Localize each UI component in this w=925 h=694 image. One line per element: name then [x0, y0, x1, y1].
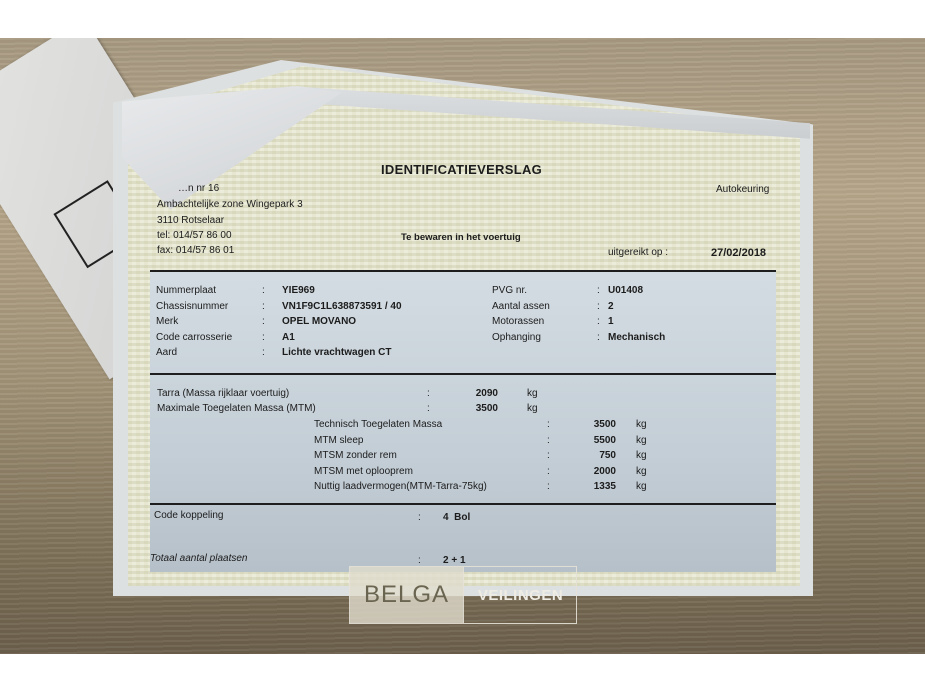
divider [150, 503, 776, 505]
coupling-value: 4 Bol [443, 512, 470, 523]
belga-veilingen-watermark: BELGA VEILINGEN [349, 566, 577, 624]
field-label: Aantal assen [492, 301, 550, 312]
field-label: PVG nr. [492, 285, 527, 296]
field-separator: : [597, 316, 600, 327]
field-value: 5500 [576, 435, 616, 446]
field-label: Chassisnummer [156, 301, 228, 312]
field-separator: : [597, 332, 600, 343]
field-separator: : [547, 466, 550, 477]
field-value: Lichte vrachtwagen CT [282, 347, 391, 358]
field-label: Ophanging [492, 332, 541, 343]
field-separator: : [262, 316, 265, 327]
issuer-line-2: Ambachtelijke zone Wingepark 3 [157, 199, 303, 210]
seats-value: 2 + 1 [443, 555, 466, 566]
vehicle-data-panel [150, 272, 776, 572]
field-value: 3500 [458, 403, 498, 414]
issued-date: 27/02/2018 [711, 247, 766, 259]
field-value: 2 [608, 301, 614, 312]
field-separator: : [262, 332, 265, 343]
coupling-sep: : [418, 512, 421, 523]
field-value: U01408 [608, 285, 643, 296]
field-separator: : [262, 285, 265, 296]
field-value: VN1F9C1L638873591 / 40 [282, 301, 402, 312]
field-separator: : [262, 347, 265, 358]
header-right-label: Autokeuring [716, 184, 769, 195]
field-unit: kg [636, 466, 647, 477]
field-value: 2090 [458, 388, 498, 399]
field-unit: kg [636, 481, 647, 492]
field-value: 1 [608, 316, 614, 327]
field-value: A1 [282, 332, 295, 343]
field-unit: kg [636, 450, 647, 461]
field-separator: : [262, 301, 265, 312]
field-label: MTSM met oplooprem [314, 466, 413, 477]
field-separator: : [597, 301, 600, 312]
divider [150, 373, 776, 375]
field-separator: : [547, 435, 550, 446]
field-value: 750 [576, 450, 616, 461]
field-label: MTSM zonder rem [314, 450, 397, 461]
field-value: 2000 [576, 466, 616, 477]
field-unit: kg [527, 403, 538, 414]
field-value: 3500 [576, 419, 616, 430]
field-separator: : [427, 403, 430, 414]
issued-label: uitgereikt op : [608, 247, 668, 258]
field-value: Mechanisch [608, 332, 665, 343]
field-label: Nuttig laadvermogen(MTM-Tarra-75kg) [314, 481, 487, 492]
field-label: MTM sleep [314, 435, 363, 446]
field-unit: kg [636, 435, 647, 446]
field-separator: : [597, 285, 600, 296]
issuer-line-1: …n nr 16 [178, 183, 219, 194]
seats-label: Totaal aantal plaatsen [150, 553, 248, 564]
issuer-line-3: 3110 Rotselaar [157, 215, 224, 226]
field-unit: kg [636, 419, 647, 430]
field-label: Tarra (Massa rijklaar voertuig) [157, 388, 289, 399]
issuer-fax: fax: 014/57 86 01 [157, 245, 234, 256]
keep-notice: Te bewaren in het voertuig [401, 232, 521, 243]
field-separator: : [547, 481, 550, 492]
field-label: Merk [156, 316, 178, 327]
issuer-tel: tel: 014/57 86 00 [157, 230, 232, 241]
watermark-subtitle: VEILINGEN [463, 567, 577, 623]
field-value: OPEL MOVANO [282, 316, 356, 327]
field-label: Code carrosserie [156, 332, 232, 343]
field-label: Nummerplaat [156, 285, 216, 296]
field-label: Aard [156, 347, 177, 358]
field-label: Technisch Toegelaten Massa [314, 419, 442, 430]
field-separator: : [427, 388, 430, 399]
field-separator: : [547, 450, 550, 461]
field-value: 1335 [576, 481, 616, 492]
seats-sep: : [418, 555, 421, 566]
field-value: YIE969 [282, 285, 315, 296]
field-label: Motorassen [492, 316, 544, 327]
coupling-label: Code koppeling [154, 510, 224, 521]
divider [150, 270, 776, 272]
watermark-brand: BELGA [350, 567, 463, 623]
field-label: Maximale Toegelaten Massa (MTM) [157, 403, 316, 414]
field-separator: : [547, 419, 550, 430]
field-unit: kg [527, 388, 538, 399]
document-title: IDENTIFICATIEVERSLAG [381, 162, 542, 177]
